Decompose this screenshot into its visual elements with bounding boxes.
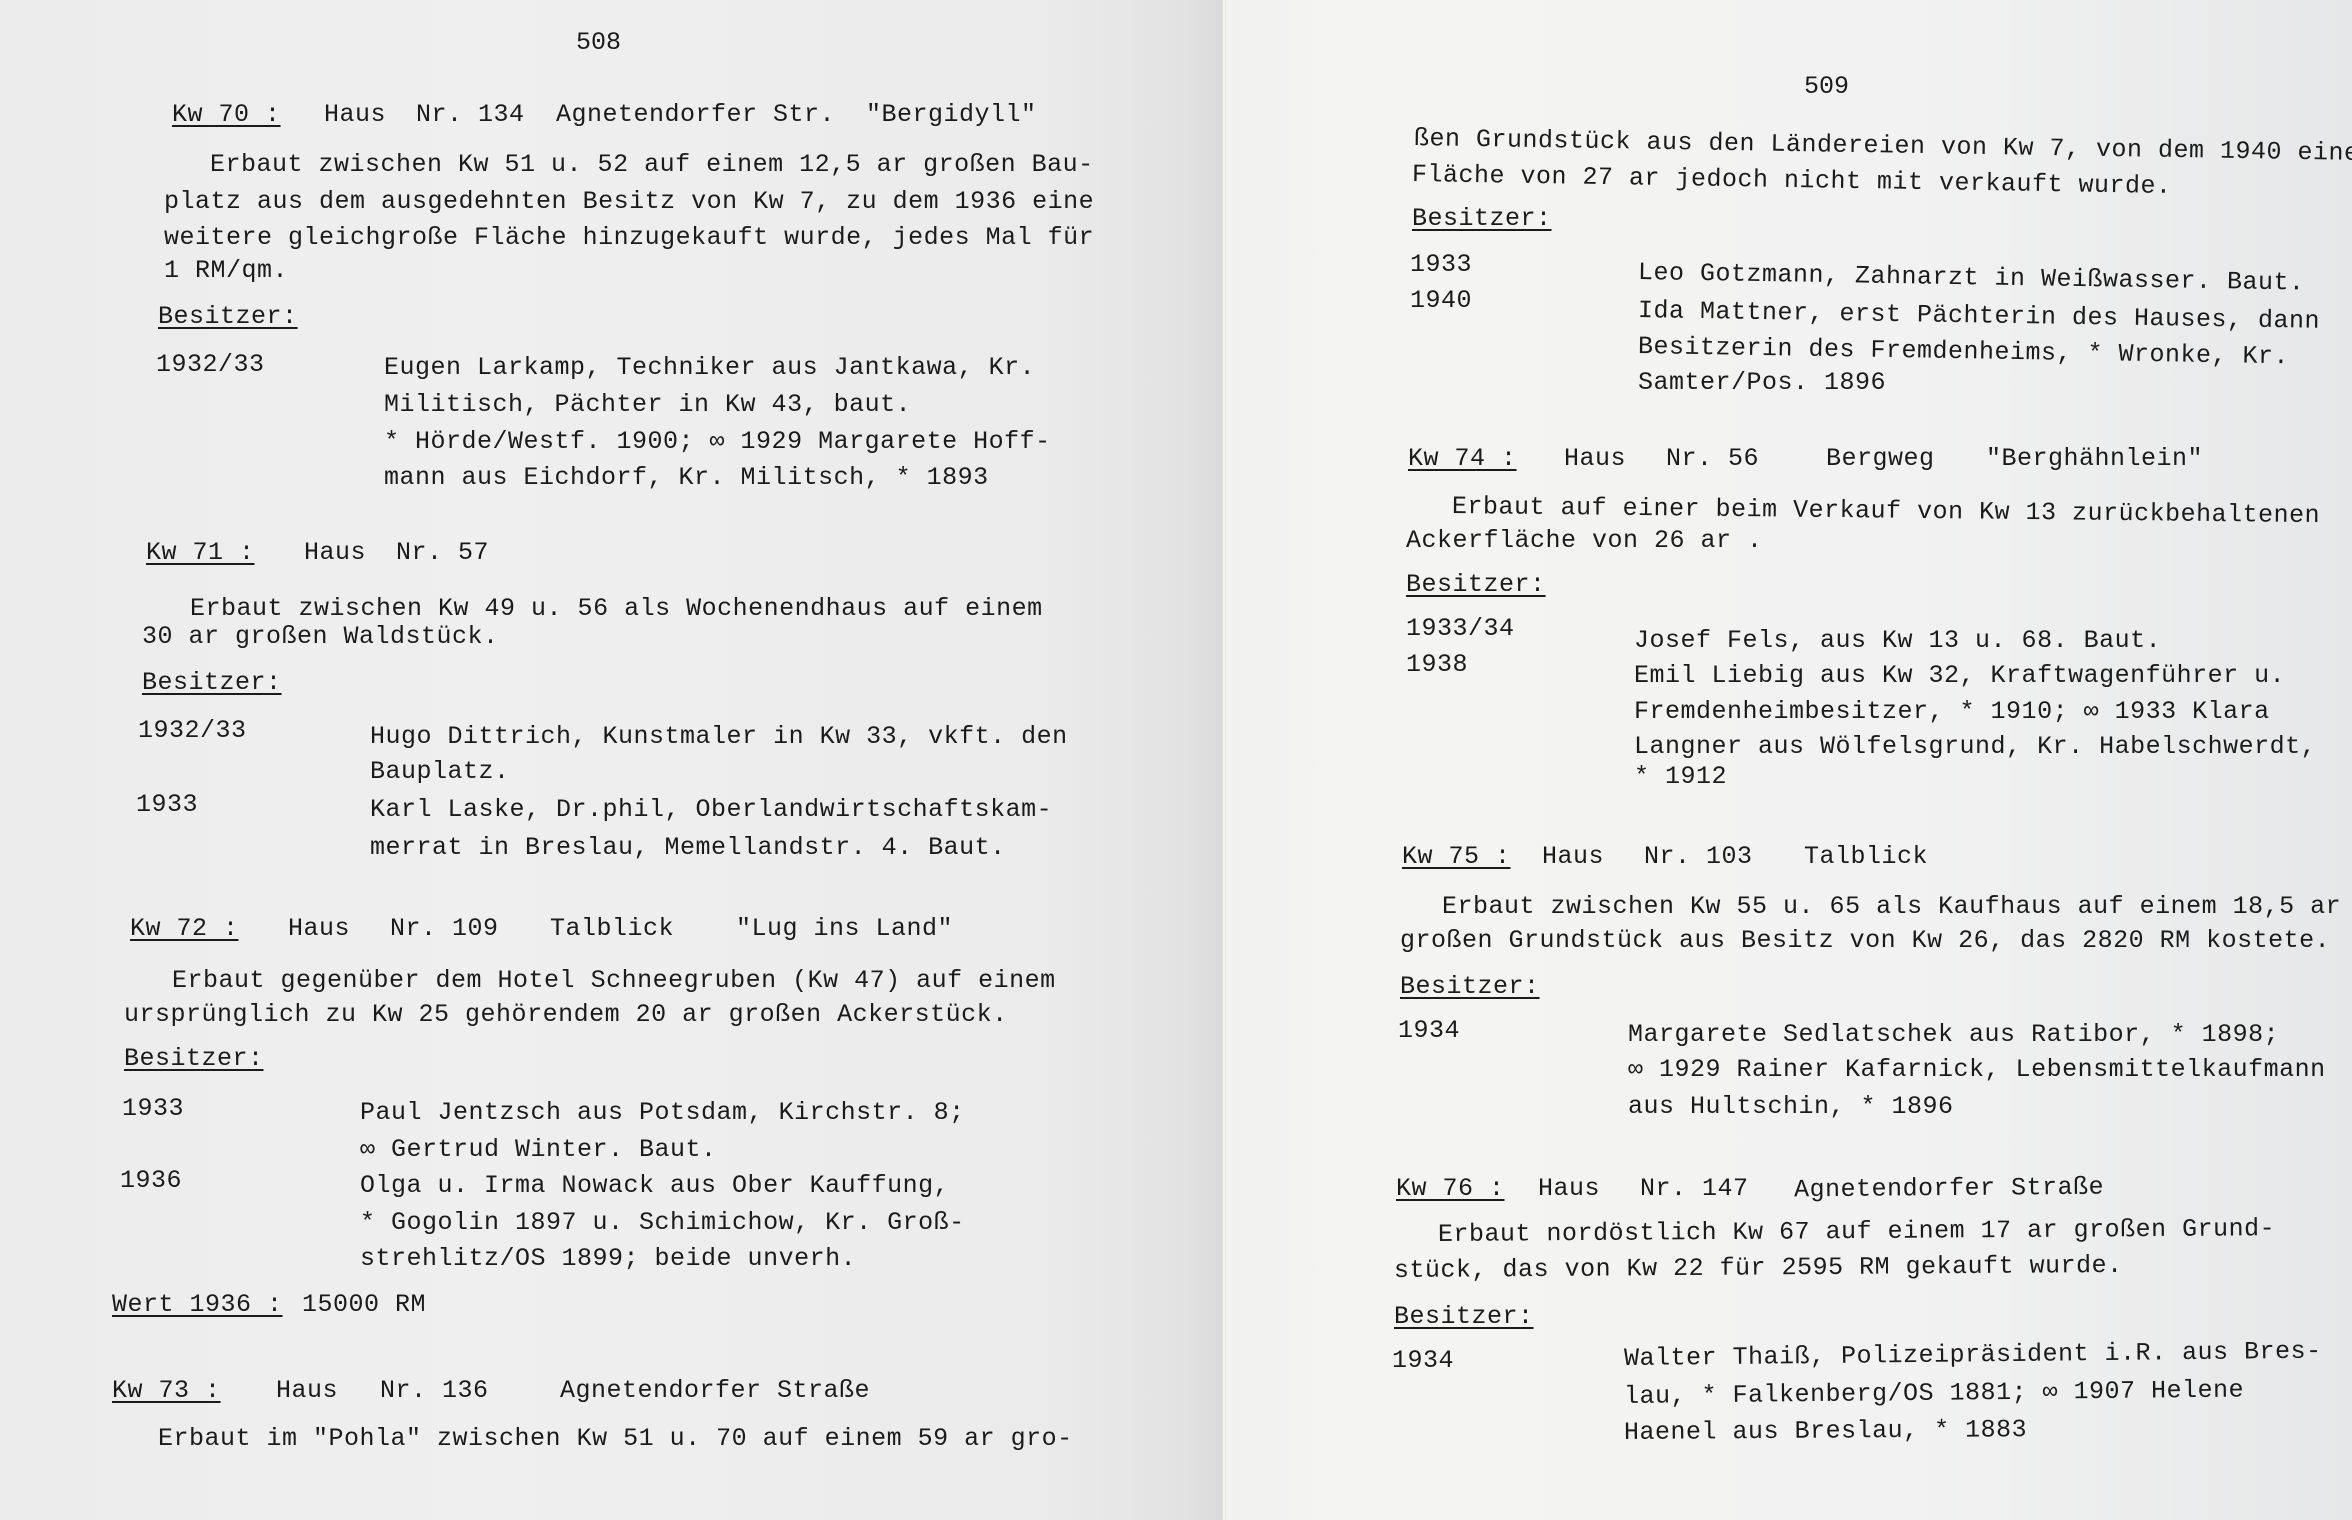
owner-line: Leo Gotzmann, Zahnarzt in Weißwasser. Ba… [1638,258,2305,297]
entry-heading-kw73: Kw 73 :HausNr. 136Agnetendorfer Straße [112,1376,870,1405]
haus-label: Haus [1564,444,1656,473]
entry-heading-kw72: Kw 72 :HausNr. 109Talblick"Lug ins Land" [130,914,953,943]
owner-line: Besitzerin des Fremdenheims, * Wronke, K… [1638,332,2289,371]
description-line: Erbaut zwischen Kw 49 u. 56 als Wochenen… [190,594,1043,623]
description-line: Erbaut zwischen Kw 55 u. 65 als Kaufhaus… [1442,892,2341,921]
description-line: Ackerfläche von 26 ar . [1406,526,1763,555]
entry-label: Kw 72 : [130,914,258,943]
street: Agnetendorfer Straße [560,1376,870,1405]
description-line: 1 RM/qm. [164,256,288,285]
house-name: "Bergidyll" [866,100,1037,129]
owners-label: Besitzer: [1400,972,1540,1001]
owner-line: strehlitz/OS 1899; beide unverh. [360,1244,856,1273]
owner-line: Langner aus Wölfelsgrund, Kr. Habelschwe… [1634,732,2316,761]
owner-line: lau, * Falkenberg/OS 1881; ∞ 1907 Helene [1624,1376,2244,1411]
continuation-line: Fläche von 27 ar jedoch nicht mit verkau… [1412,160,2172,201]
owner-year: 1933 [1410,250,1472,279]
description-line: Erbaut gegenüber dem Hotel Schneegruben … [172,966,1056,995]
page-number: 508 [576,28,621,57]
street: Agnetendorfer Str. [556,100,856,129]
book-spread: 508 Kw 70 :HausNr. 134Agnetendorfer Str.… [0,0,2352,1520]
owner-line: Emil Liebig aus Kw 32, Kraftwagenführer … [1634,661,2285,690]
owner-year: 1940 [1410,286,1472,315]
description-line: platz aus dem ausgedehnten Besitz von Kw… [164,187,1094,216]
description-line: Erbaut zwischen Kw 51 u. 52 auf einem 12… [210,150,1094,179]
owner-line: * 1912 [1634,762,1727,791]
house-number: Nr. 56 [1666,444,1786,473]
haus-label: Haus [324,100,416,129]
description-line: weitere gleichgroße Fläche hinzugekauft … [164,223,1094,252]
entry-heading-kw71: Kw 71 :HausNr. 57 [146,538,489,567]
entry-heading-kw70: Kw 70 :HausNr. 134Agnetendorfer Str."Ber… [172,100,1037,129]
house-number: Nr. 57 [396,538,489,567]
street: Bergweg [1826,444,1976,473]
haus-label: Haus [304,538,396,567]
owners-label: Besitzer: [1412,204,1552,233]
owner-line: Samter/Pos. 1896 [1638,368,1886,397]
owners-label: Besitzer: [1406,570,1546,599]
owners-label: Besitzer: [158,302,298,331]
haus-label: Haus [288,914,380,943]
entry-label: Kw 76 : [1396,1174,1514,1203]
description-line: 30 ar großen Waldstück. [142,622,499,651]
entry-label: Kw 71 : [146,538,286,567]
owners-label: Besitzer: [1394,1302,1534,1331]
owner-year: 1932/33 [156,350,265,379]
page-508: 508 Kw 70 :HausNr. 134Agnetendorfer Str.… [0,0,1224,1520]
description-line: ursprünglich zu Kw 25 gehörendem 20 ar g… [124,1000,1008,1029]
description-line: stück, das von Kw 22 für 2595 RM gekauft… [1394,1251,2123,1285]
owner-line: ∞ 1929 Rainer Kafarnick, Lebensmittelkau… [1628,1055,2326,1084]
owner-year: 1933/34 [1406,614,1515,643]
owner-line: * Hörde/Westf. 1900; ∞ 1929 Margarete Ho… [384,427,1051,456]
street: Talblick [550,914,726,943]
entry-label: Kw 70 : [172,100,312,129]
owner-line: Paul Jentzsch aus Potsdam, Kirchstr. 8; [360,1098,965,1127]
owner-line: Eugen Larkamp, Techniker aus Jantkawa, K… [384,353,1035,382]
owners-label: Besitzer: [142,668,282,697]
page-509: 509 ßen Grundstück aus den Ländereien vo… [1226,0,2352,1520]
owner-line: Haenel aus Breslau, * 1883 [1624,1415,2027,1447]
value-line: Wert 1936 :15000 RM [112,1290,426,1319]
house-name: "Lug ins Land" [736,914,953,943]
owner-year: 1934 [1392,1346,1454,1375]
description-line: Erbaut nordöstlich Kw 67 auf einem 17 ar… [1438,1214,2275,1249]
haus-label: Haus [1542,842,1634,871]
house-name: "Berghähnlein" [1986,444,2203,473]
haus-label: Haus [1538,1174,1630,1203]
entry-label: Kw 74 : [1408,444,1536,473]
entry-label: Kw 73 : [112,1376,234,1405]
owner-year: 1938 [1406,650,1468,679]
value-label: Wert 1936 : [112,1290,288,1319]
entry-heading-kw76: Kw 76 :HausNr. 147Agnetendorfer Straße [1396,1174,2104,1203]
house-number: Nr. 103 [1644,842,1774,871]
street: Talblick [1804,842,1928,871]
owner-line: Fremdenheimbesitzer, * 1910; ∞ 1933 Klar… [1634,697,2270,726]
owner-line: * Gogolin 1897 u. Schimichow, Kr. Groß- [360,1208,965,1237]
value-amount: 15000 RM [302,1290,426,1319]
owner-line: Ida Mattner, erst Pächterin des Hauses, … [1638,296,2320,336]
owner-line: Karl Laske, Dr.phil, Oberlandwirtschafts… [370,795,1052,824]
entry-heading-kw75: Kw 75 :HausNr. 103Talblick [1402,842,1928,871]
owner-year: 1933 [122,1094,184,1123]
owner-year: 1934 [1398,1016,1460,1045]
owner-line: Josef Fels, aus Kw 13 u. 68. Baut. [1634,626,2161,655]
house-number: Nr. 147 [1640,1174,1770,1203]
house-number: Nr. 109 [390,914,520,943]
description-line: großen Grundstück aus Besitz von Kw 26, … [1400,926,2330,955]
street: Agnetendorfer Straße [1794,1173,2104,1205]
page-number: 509 [1804,72,1849,101]
owner-line: mann aus Eichdorf, Kr. Militsch, * 1893 [384,463,989,492]
owners-label: Besitzer: [124,1044,264,1073]
owner-line: Margarete Sedlatschek aus Ratibor, * 189… [1628,1020,2279,1049]
owner-line: Bauplatz. [370,757,510,786]
entry-heading-kw74: Kw 74 :HausNr. 56Bergweg"Berghähnlein" [1408,444,2203,473]
owner-line: ∞ Gertrud Winter. Baut. [360,1135,717,1164]
description-line: Erbaut auf einer beim Verkauf von Kw 13 … [1452,492,2320,530]
description-line: Erbaut im "Pohla" zwischen Kw 51 u. 70 a… [158,1424,1073,1453]
owner-line: merrat in Breslau, Memellandstr. 4. Baut… [370,833,1006,862]
owner-line: aus Hultschin, * 1896 [1628,1092,1954,1121]
owner-year: 1933 [136,790,198,819]
house-number: Nr. 136 [380,1376,520,1405]
owner-line: Hugo Dittrich, Kunstmaler in Kw 33, vkft… [370,722,1068,751]
house-number: Nr. 134 [416,100,546,129]
entry-label: Kw 75 : [1402,842,1518,871]
owner-line: Walter Thaiß, Polizeipräsident i.R. aus … [1624,1337,2322,1373]
owner-year: 1936 [120,1166,182,1195]
haus-label: Haus [276,1376,368,1405]
owner-line: Olga u. Irma Nowack aus Ober Kauffung, [360,1171,949,1200]
owner-year: 1932/33 [138,716,247,745]
owner-line: Militisch, Pächter in Kw 43, baut. [384,390,911,419]
